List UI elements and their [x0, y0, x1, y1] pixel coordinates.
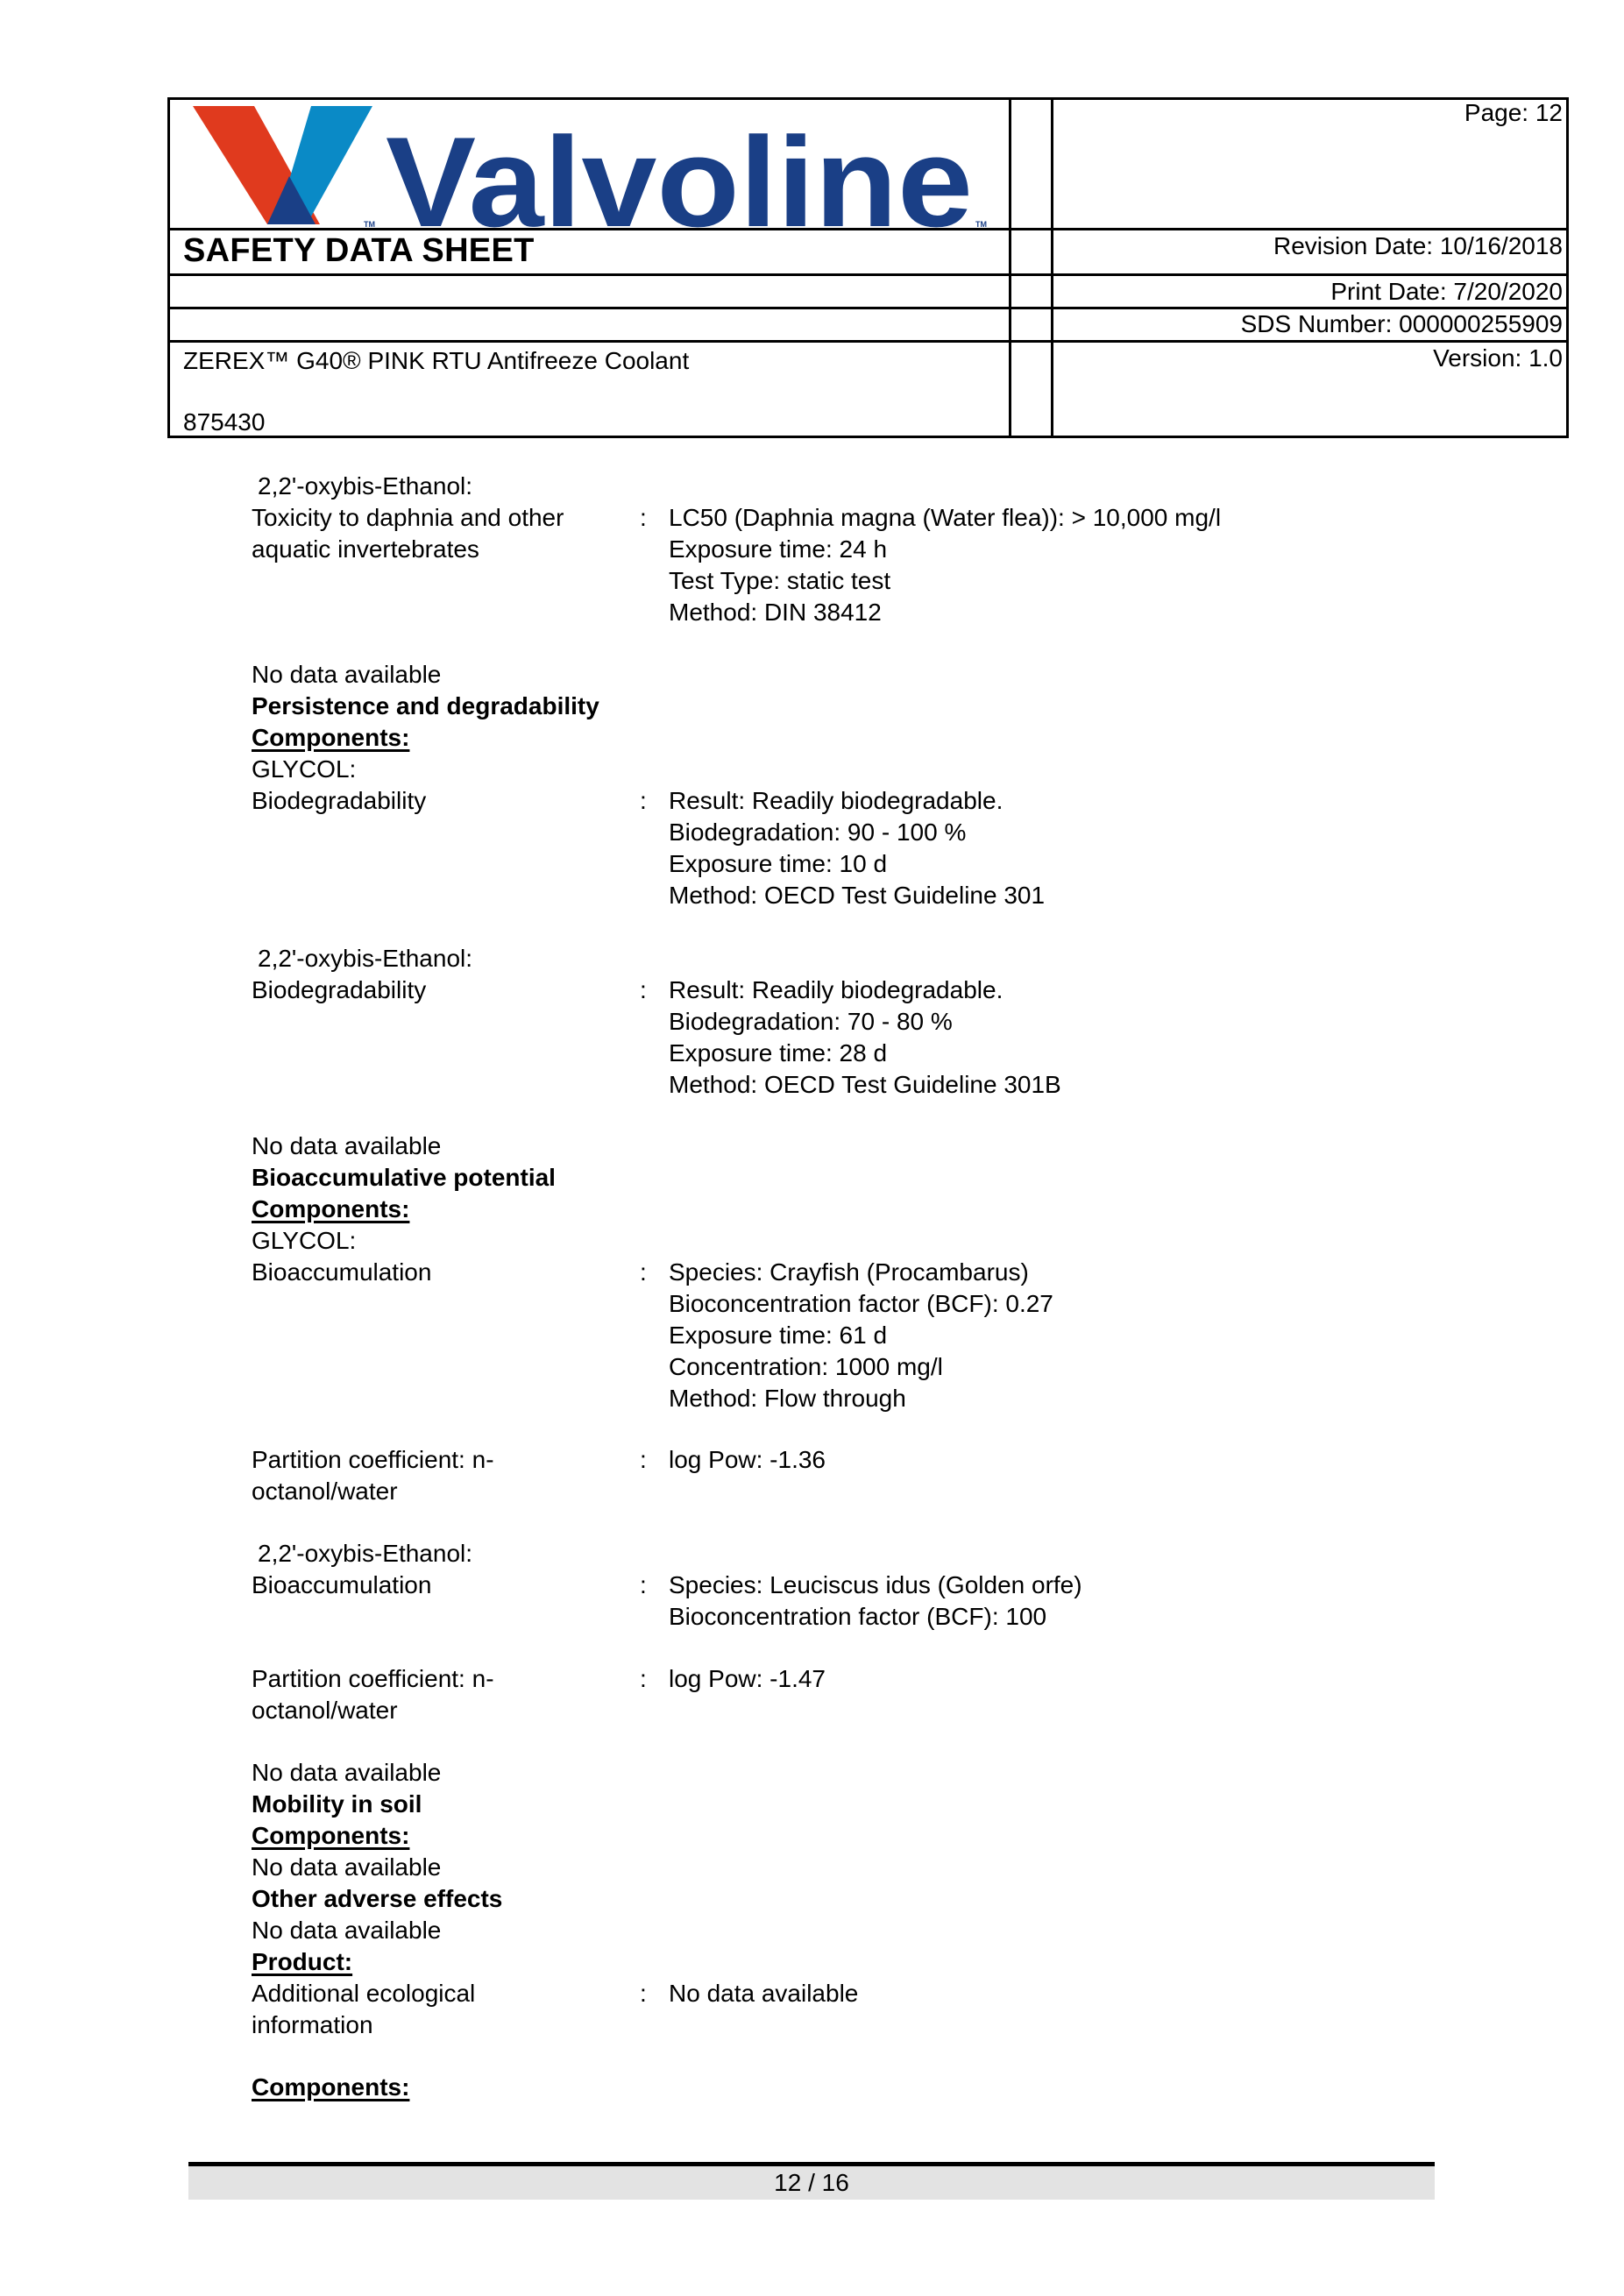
no-data-text: No data available	[252, 659, 441, 691]
property-value: Method: OECD Test Guideline 301B	[669, 1069, 1061, 1101]
no-data-text: No data available	[252, 1757, 441, 1789]
separator-colon: :	[640, 974, 647, 1006]
valvoline-logo: TM Valvoline TM	[188, 102, 1008, 229]
section-heading-bioaccumulative: Bioaccumulative potential	[252, 1162, 556, 1194]
property-value: No data available	[669, 1978, 858, 2009]
page-number: Page: 12	[1464, 98, 1563, 128]
sds-number: SDS Number: 000000255909	[1241, 309, 1563, 339]
section-heading-other-adverse: Other adverse effects	[252, 1883, 502, 1915]
product-subheading: Product:	[252, 1946, 352, 1978]
components-subheading: Components:	[252, 1820, 409, 1852]
logo-wordmark: Valvoline	[386, 110, 973, 229]
property-value: Biodegradation: 90 - 100 %	[669, 817, 966, 848]
property-value: Exposure time: 10 d	[669, 848, 887, 880]
property-value: Method: Flow through	[669, 1383, 906, 1414]
property-label: Partition coefficient: n-	[252, 1663, 494, 1695]
svg-text:TM: TM	[364, 220, 375, 229]
property-value: Biodegradation: 70 - 80 %	[669, 1006, 953, 1038]
property-label: Biodegradability	[252, 974, 426, 1006]
document-type-title: SAFETY DATA SHEET	[183, 230, 535, 272]
property-label: Biodegradability	[252, 785, 426, 817]
svg-text:TM: TM	[975, 220, 987, 229]
property-label: Partition coefficient: n-	[252, 1444, 494, 1476]
no-data-text: No data available	[252, 1130, 441, 1162]
separator-colon: :	[640, 1978, 647, 2009]
property-label: octanol/water	[252, 1476, 398, 1507]
component-name: 2,2'-oxybis-Ethanol:	[258, 943, 472, 974]
section-heading-persistence: Persistence and degradability	[252, 691, 599, 722]
version: Version: 1.0	[1433, 344, 1563, 373]
component-name: 2,2'-oxybis-Ethanol:	[258, 471, 472, 502]
components-subheading: Components:	[252, 2072, 409, 2103]
property-value: LC50 (Daphnia magna (Water flea)): > 10,…	[669, 502, 1221, 534]
property-label: information	[252, 2009, 373, 2041]
no-data-text: No data available	[252, 1852, 441, 1883]
property-value: Result: Readily biodegradable.	[669, 785, 1003, 817]
property-value: Exposure time: 28 d	[669, 1038, 887, 1069]
property-value: Method: DIN 38412	[669, 597, 882, 628]
property-value: Species: Crayfish (Procambarus)	[669, 1257, 1029, 1288]
property-value: log Pow: -1.47	[669, 1663, 826, 1695]
property-label: Bioaccumulation	[252, 1570, 431, 1601]
print-date: Print Date: 7/20/2020	[1330, 277, 1563, 307]
separator-colon: :	[640, 502, 647, 534]
property-value: log Pow: -1.36	[669, 1444, 826, 1476]
header-divider	[167, 273, 1569, 276]
separator-colon: :	[640, 1257, 647, 1288]
header-divider	[1051, 97, 1053, 438]
property-value: Bioconcentration factor (BCF): 0.27	[669, 1288, 1053, 1320]
property-value: Method: OECD Test Guideline 301	[669, 880, 1045, 911]
separator-colon: :	[640, 1663, 647, 1695]
property-label: Toxicity to daphnia and other	[252, 502, 564, 534]
components-subheading: Components:	[252, 722, 409, 754]
component-name: GLYCOL:	[252, 1225, 356, 1257]
header-divider	[1009, 97, 1011, 438]
property-label: aquatic invertebrates	[252, 534, 479, 565]
property-label: Additional ecological	[252, 1978, 475, 2009]
section-heading-mobility: Mobility in soil	[252, 1789, 422, 1820]
component-name: 2,2'-oxybis-Ethanol:	[258, 1538, 472, 1570]
header-divider	[167, 340, 1569, 343]
property-value: Test Type: static test	[669, 565, 890, 597]
property-label: Bioaccumulation	[252, 1257, 431, 1288]
separator-colon: :	[640, 1570, 647, 1601]
no-data-text: No data available	[252, 1915, 441, 1946]
property-value: Concentration: 1000 mg/l	[669, 1351, 943, 1383]
components-subheading: Components:	[252, 1194, 409, 1225]
product-code: 875430	[183, 407, 265, 438]
component-name: GLYCOL:	[252, 754, 356, 785]
footer-page-indicator: 12 / 16	[188, 2166, 1435, 2200]
property-value: Exposure time: 61 d	[669, 1320, 887, 1351]
property-label: octanol/water	[252, 1695, 398, 1726]
separator-colon: :	[640, 785, 647, 817]
product-name: ZEREX™ G40® PINK RTU Antifreeze Coolant	[183, 345, 689, 377]
revision-date: Revision Date: 10/16/2018	[1273, 231, 1563, 261]
property-value: Result: Readily biodegradable.	[669, 974, 1003, 1006]
property-value: Bioconcentration factor (BCF): 100	[669, 1601, 1046, 1633]
property-value: Species: Leuciscus idus (Golden orfe)	[669, 1570, 1082, 1601]
separator-colon: :	[640, 1444, 647, 1476]
property-value: Exposure time: 24 h	[669, 534, 887, 565]
